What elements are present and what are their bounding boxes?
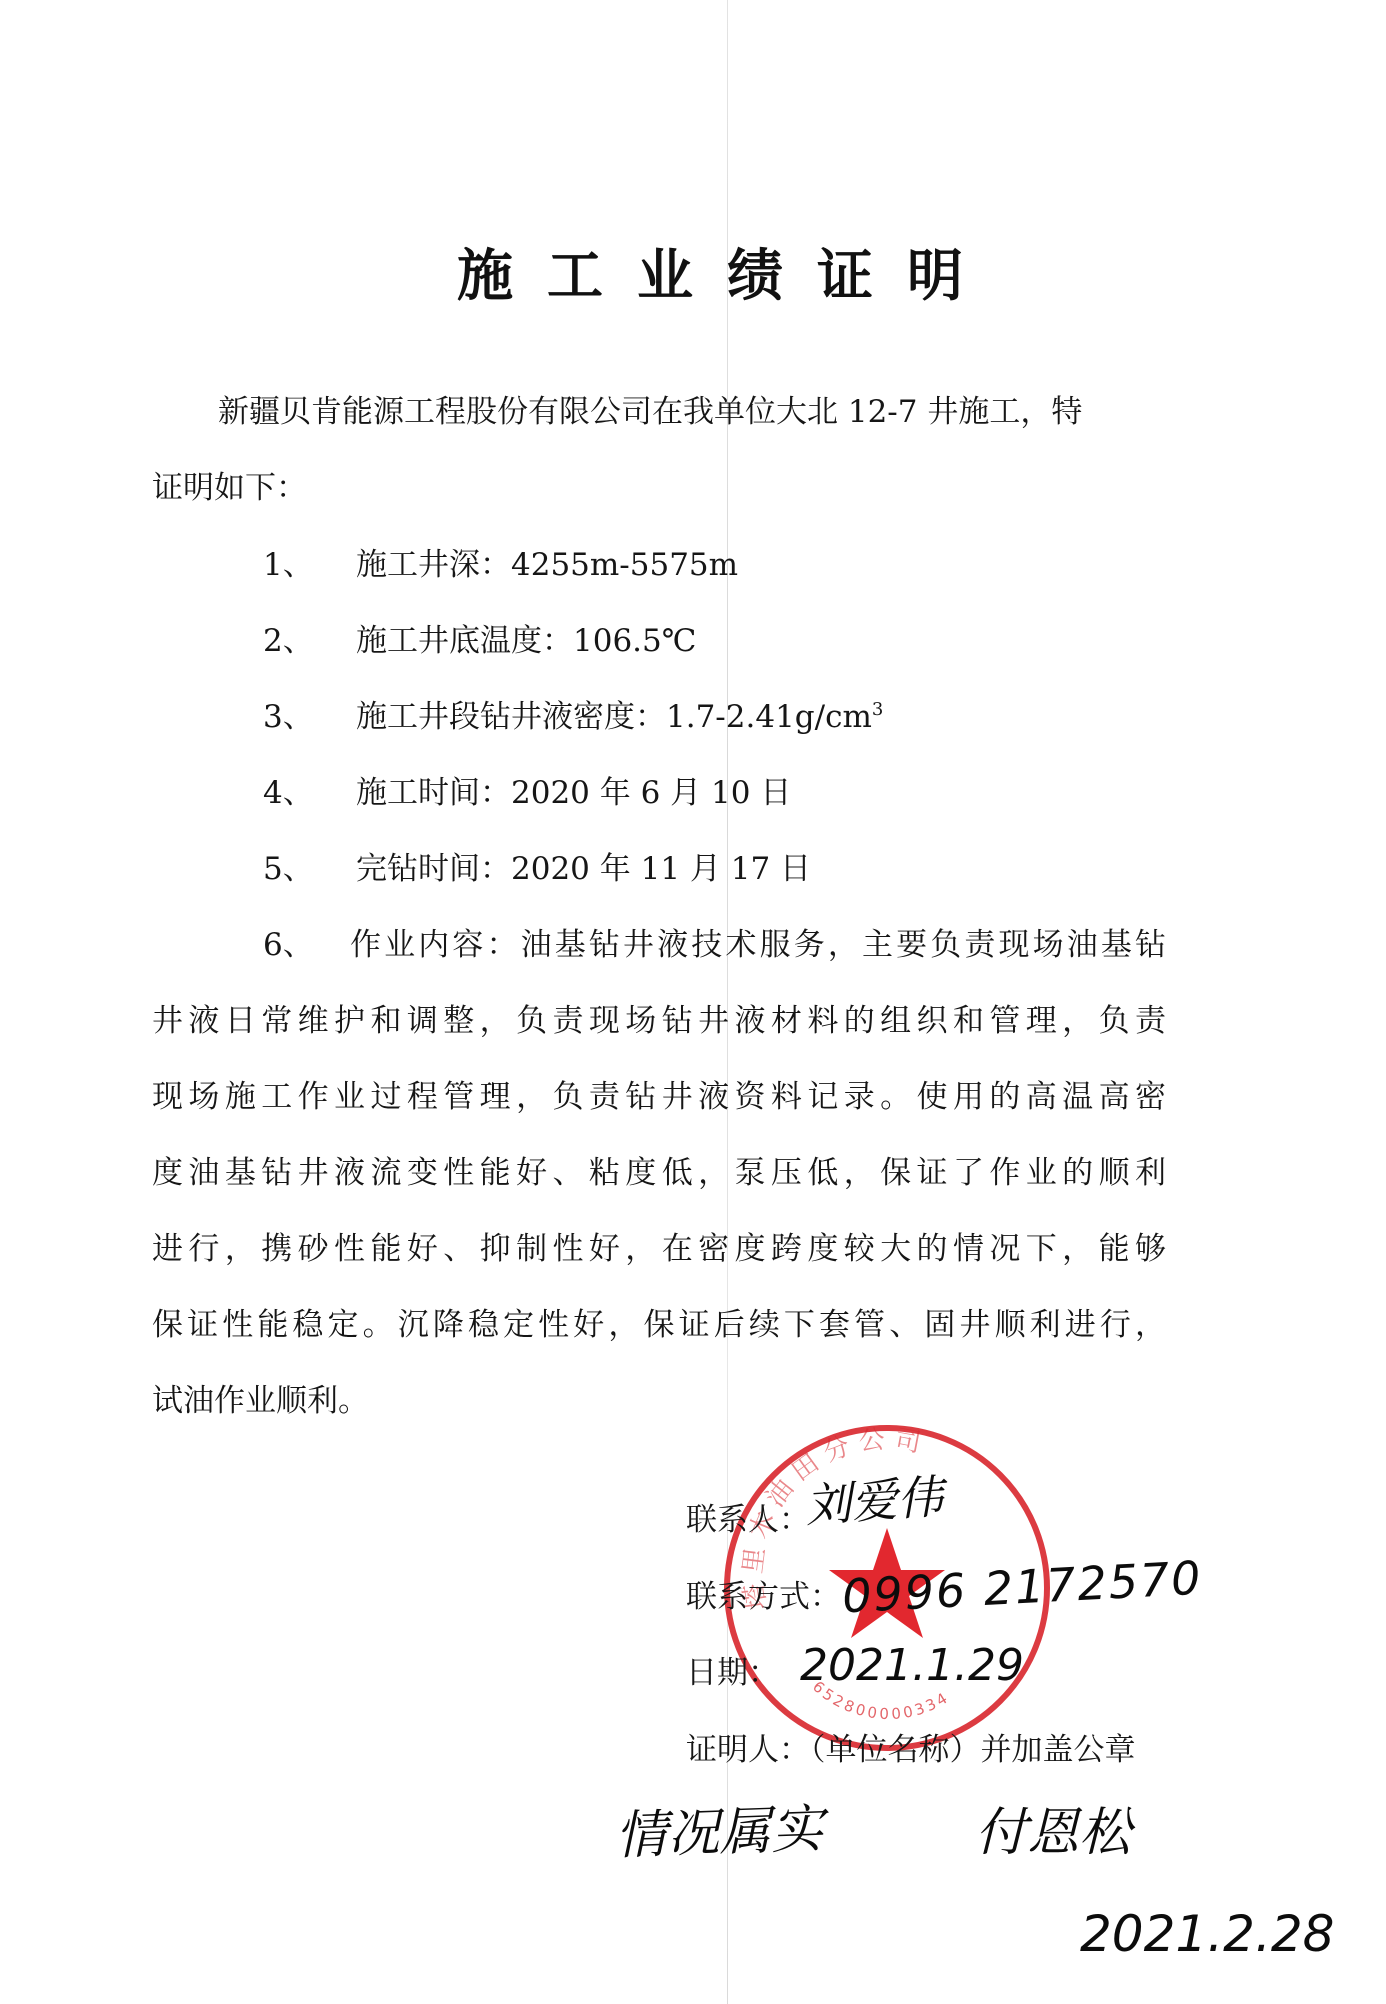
date-handwritten: 2021.1.29 bbox=[800, 1640, 1024, 1691]
intro-line-1: 新疆贝肯能源工程股份有限公司在我单位大北 12-7 井施工，特 bbox=[218, 392, 1082, 432]
item-value: 2020 年 11 月 17 日 bbox=[511, 851, 811, 887]
item-start-date: 施工时间：2020 年 6 月 10 日 bbox=[356, 773, 791, 813]
paragraph-line: 现场施工作业过程管理，负责钻井液资料记录。使用的高温高密 bbox=[152, 1077, 1166, 1117]
contact-person-label: 联系人： bbox=[686, 1500, 810, 1540]
contact-person-signature: 刘爱伟 bbox=[803, 1460, 945, 1535]
item-value: 106.5℃ bbox=[573, 623, 696, 659]
item-label: 作业内容： bbox=[350, 927, 521, 963]
item-value: 油基钻井液技术服务，主要负责现场油基钻 bbox=[521, 927, 1166, 963]
item-label: 施工井段钻井液密度： bbox=[356, 699, 666, 735]
intro-line-2: 证明如下： bbox=[152, 468, 307, 508]
paragraph-line: 试油作业顺利。 bbox=[152, 1381, 1166, 1421]
item-value: 1.7-2.41g/cm bbox=[666, 699, 872, 735]
item-label: 施工井深： bbox=[356, 547, 511, 583]
item-label: 施工时间： bbox=[356, 775, 511, 811]
date-label: 日期： bbox=[686, 1653, 779, 1693]
item-number: 1、 bbox=[263, 545, 314, 585]
contact-method-label: 联系方式： bbox=[686, 1577, 841, 1617]
item-number: 2、 bbox=[263, 621, 314, 661]
item-completion-date: 完钻时间：2020 年 11 月 17 日 bbox=[356, 849, 811, 889]
item-depth: 施工井深：4255m-5575m bbox=[356, 545, 738, 585]
handwritten-verification-note: 情况属实 bbox=[614, 1786, 825, 1868]
certifier-label: 证明人：（单位名称）并加盖公章 bbox=[686, 1730, 1136, 1770]
item-number: 3、 bbox=[263, 697, 314, 737]
item-number: 6、 bbox=[263, 925, 314, 965]
item-work-content: 作业内容：油基钻井液技术服务，主要负责现场油基钻 bbox=[350, 925, 1166, 965]
item-number: 5、 bbox=[263, 849, 314, 889]
handwritten-signature: 付恩松 bbox=[975, 1790, 1131, 1865]
paragraph-line: 井液日常维护和调整，负责现场钻井液材料的组织和管理，负责 bbox=[152, 1001, 1166, 1041]
handwritten-date: 2021.2.28 bbox=[1080, 1905, 1334, 1963]
item-value: 4255m-5575m bbox=[511, 547, 738, 583]
document-title: 施工业绩证明 bbox=[0, 232, 1386, 312]
paragraph-line: 进行，携砂性能好、抑制性好，在密度跨度较大的情况下，能够 bbox=[152, 1229, 1166, 1269]
item-temperature: 施工井底温度：106.5℃ bbox=[356, 621, 696, 661]
item-density: 施工井段钻井液密度：1.7-2.41g/cm3 bbox=[356, 697, 883, 737]
superscript: 3 bbox=[872, 699, 883, 720]
item-number: 4、 bbox=[263, 773, 314, 813]
item-value: 2020 年 6 月 10 日 bbox=[511, 775, 791, 811]
item-label: 完钻时间： bbox=[356, 851, 511, 887]
paragraph-line: 保证性能稳定。沉降稳定性好，保证后续下套管、固井顺利进行， bbox=[152, 1305, 1166, 1345]
paragraph-line: 度油基钻井液流变性能好、粘度低，泵压低，保证了作业的顺利 bbox=[152, 1153, 1166, 1193]
item-label: 施工井底温度： bbox=[356, 623, 573, 659]
